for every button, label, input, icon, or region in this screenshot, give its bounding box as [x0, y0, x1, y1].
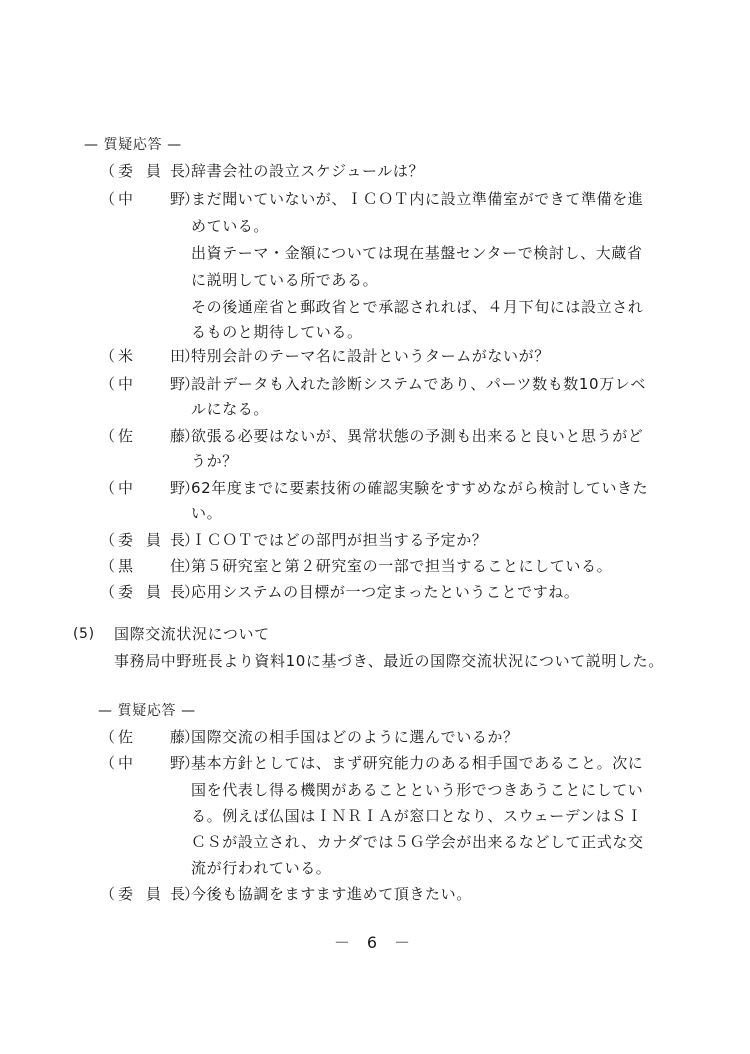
qa-heading-1: — 質疑応答 —	[84, 135, 182, 155]
qa-text: る。例えば仏国はＩＮＲＩＡが窓口となり、スウェーデンはＳＩ	[191, 806, 643, 826]
section-body: 事務局中野班長より資料10に基づき、最近の国際交流状況について説明した。	[114, 651, 664, 671]
qa-text: 設計データも入れた診断システムであり、パーツ数も数10万レベ	[191, 374, 646, 394]
qa-text: 流が行われている。	[191, 858, 331, 878]
qa-text: 基本方針としては、まず研究能力のある相手国であること。次に	[191, 753, 643, 773]
qa-text: ＣＳが設立され、カナダでは５Ｇ学会が出来るなどして正式な交	[191, 832, 644, 852]
qa-text: 欲張る必要はないが、異常状態の予測も出来ると良いと思うがど	[191, 426, 643, 446]
qa-text: に説明している所である。	[191, 270, 378, 290]
qa-text: 出資テーマ・金額については現在基盤センターで検討し、大蔵省	[191, 243, 643, 263]
qa-text: い。	[191, 503, 222, 523]
section-title: 国際交流状況について	[114, 624, 270, 644]
qa-text: めている。	[191, 216, 269, 236]
qa-text: 国際交流の相手国はどのように選んでいるか？	[191, 727, 519, 747]
qa-text: 国を代表し得る機関があることという形でつきあうことにしてい	[191, 780, 643, 800]
qa-text: まだ聞いていないが、ＩＣＯＴ内に設立準備室ができて準備を進	[191, 189, 643, 209]
qa-text: 辞書会社の設立スケジュールは？	[191, 161, 424, 181]
qa-text: うか？	[191, 451, 238, 471]
qa-heading-2: — 質疑応答 —	[98, 701, 196, 721]
qa-text: ルになる。	[191, 399, 269, 419]
document-page: — 質疑応答 — （委員長） 辞書会社の設立スケジュールは？ （中野） まだ聞い…	[0, 0, 750, 1054]
page-number: － 6 －	[0, 930, 750, 953]
qa-text: その後通産省と郵政省とで承認されれば、４月下旬には設立され	[191, 297, 643, 317]
section-number: (5)	[73, 624, 95, 644]
qa-text: 62年度までに要素技術の確認実験をすすめながら検討していきた	[191, 478, 648, 498]
qa-text: ＩＣＯＴではどの部門が担当する予定か？	[191, 530, 487, 550]
qa-text: 応用システムの目標が一つ定まったということですね。	[191, 582, 580, 602]
qa-text: 第５研究室と第２研究室の一部で担当することにしている。	[191, 556, 612, 576]
qa-text: るものと期待している。	[191, 322, 363, 342]
qa-text: 特別会計のテーマ名に設計というタームがないが？	[191, 346, 550, 366]
qa-text: 今後も協調をますます進めて頂きたい。	[191, 884, 472, 904]
